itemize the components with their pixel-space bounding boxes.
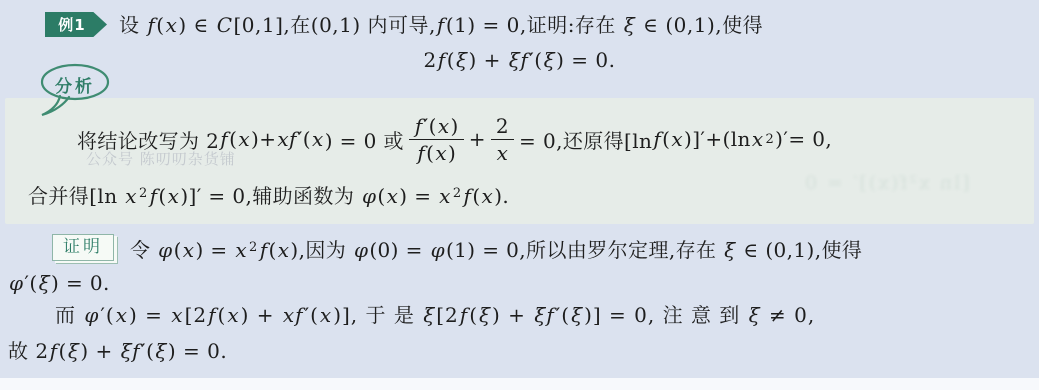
- proof-line-1: 令 φ(x) = x2f(x),因为 φ(0) = φ(1) = 0,所以由罗尔…: [130, 233, 862, 265]
- proof-line-4: 故 2f(ξ) + ξf′(ξ) = 0.: [8, 337, 227, 365]
- proof-line-3: 而 φ′(x) = x[2f(x) + xf′(x)], 于 是 ξ[2f(ξ)…: [55, 301, 1035, 329]
- textbook-page: { "colors":{ "page_bg":"#dbe2ef","box_bg…: [0, 0, 1039, 390]
- target-equation: 2f(ξ) + ξf′(ξ) = 0.: [0, 46, 1039, 74]
- proof-row: 证明 令 φ(x) = x2f(x),因为 φ(0) = φ(1) = 0,所以…: [52, 233, 1012, 265]
- analysis-bubble-label: 分析: [44, 72, 106, 97]
- example-badge: 例1: [45, 12, 107, 37]
- proof-label: 证明: [52, 234, 114, 261]
- page-bottom-edge: [0, 378, 1039, 390]
- watermark-text: 公众号 陈叨叨杂货铺: [86, 148, 236, 169]
- showthrough-ghost-text: [ln x²f(x)]′ = 0: [803, 172, 969, 194]
- problem-statement-row: 例1 设 f(x) ∈ C[0,1],在(0,1) 内可导,f(1) = 0,证…: [45, 11, 1005, 39]
- problem-statement-text: 设 f(x) ∈ C[0,1],在(0,1) 内可导,f(1) = 0,证明:存…: [119, 11, 763, 39]
- proof-line-2: φ′(ξ) = 0.: [8, 269, 110, 297]
